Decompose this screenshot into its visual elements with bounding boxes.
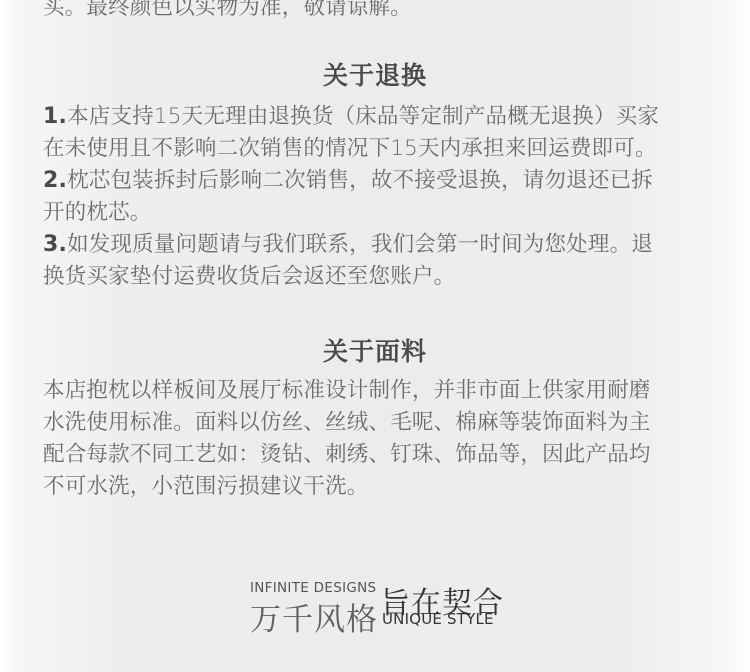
item-text: 枕芯包装拆封后影响二次销售，故不接受退换，请勿退还已拆: [67, 168, 653, 193]
fabric-description: 本店抱枕以样板间及展厅标准设计制作，并非市面上供家用耐磨 水洗使用标准。面料以仿…: [43, 375, 713, 503]
item-text: 本店支持15天无理由退换货（床品等定制产品概无退换）买家: [67, 104, 659, 129]
returns-policy: 1.本店支持15天无理由退换货（床品等定制产品概无退换）买家 在未使用且不影响二…: [43, 101, 713, 293]
brand-cn-left: 万千风格: [250, 594, 378, 639]
returns-section-title: 关于退换: [0, 56, 750, 92]
fabric-line: 不可水洗，小范围污损建议干洗。: [43, 471, 713, 503]
returns-item-3-line-2: 换货买家垫付运费收货后会返还至您账户。: [43, 261, 713, 293]
item-number: 3.: [43, 232, 67, 257]
item-number: 1.: [43, 104, 67, 129]
fabric-line: 配合每款不同工艺如：烫钻、刺绣、钉珠、饰品等，因此产品均: [43, 439, 713, 471]
item-number: 2.: [43, 168, 67, 193]
returns-item-1-line-1: 1.本店支持15天无理由退换货（床品等定制产品概无退换）买家: [43, 101, 713, 133]
item-text: 如发现质量问题请与我们联系，我们会第一时间为您处理。退: [67, 232, 653, 257]
intro-line: 买。最终颜色以实物为准，敬请谅解。: [43, 0, 713, 24]
returns-item-3-line-1: 3.如发现质量问题请与我们联系，我们会第一时间为您处理。退: [43, 229, 713, 261]
fabric-line: 水洗使用标准。面料以仿丝、丝绒、毛呢、棉麻等装饰面料为主: [43, 407, 713, 439]
returns-item-2-line-1: 2.枕芯包装拆封后影响二次销售，故不接受退换，请勿退还已拆: [43, 165, 713, 197]
fabric-section-title: 关于面料: [0, 332, 750, 368]
fabric-line: 本店抱枕以样板间及展厅标准设计制作，并非市面上供家用耐磨: [43, 375, 713, 407]
brand-en-bottom: UNIQUE STYLE: [382, 610, 494, 628]
brand-slogan: INFINITE DESIGNS 万千风格 旨在契合 UNIQUE STYLE: [250, 578, 510, 634]
intro-trailing-text: 买。最终颜色以实物为准，敬请谅解。: [43, 0, 713, 24]
returns-item-1-line-2: 在未使用且不影响二次销售的情况下15天内承担来回运费即可。: [43, 133, 713, 165]
returns-item-2-line-2: 开的枕芯。: [43, 197, 713, 229]
